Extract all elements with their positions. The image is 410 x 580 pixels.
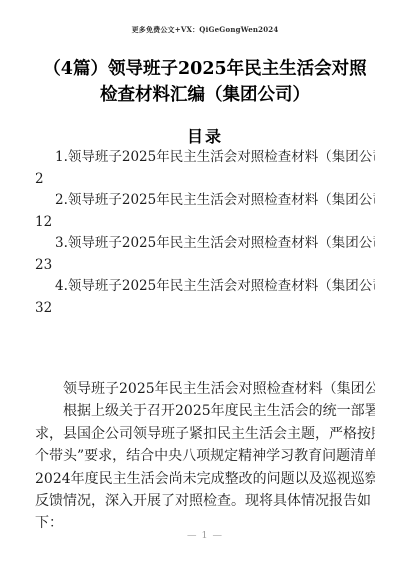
toc-item-page-number: 32 <box>35 298 375 320</box>
toc-heading: 目录 <box>0 124 410 147</box>
body-content: 领导班子2025年民主生活会对照检查材料（集团公司） 根据上级关于召开2025年… <box>35 378 375 535</box>
toc-item-label[interactable]: 4.领导班子2025年民主生活会对照检查材料（集团公司） <box>35 276 375 298</box>
toc-item-label[interactable]: 3.领导班子2025年民主生活会对照检查材料（集团公司） <box>35 233 375 255</box>
body-paragraph-line: 根据上级关于召开2025年度民主生活会的统一部署和要 <box>35 400 375 422</box>
toc-list: 1.领导班子2025年民主生活会对照检查材料（集团公司） 2 2.领导班子202… <box>35 147 375 319</box>
document-title-line1: （4篇）领导班子2025年民主生活会对照 <box>25 56 385 82</box>
body-paragraph-line: 反馈情况，深入开展了对照检查。现将具体情况报告如下： <box>35 490 375 535</box>
toc-item-label[interactable]: 2.领导班子2025年民主生活会对照检查材料（集团公司） <box>35 190 375 212</box>
toc-item: 1.领导班子2025年民主生活会对照检查材料（集团公司） 2 <box>35 147 375 190</box>
toc-item-page-number: 23 <box>35 255 375 277</box>
document-page: 更多免费公文+VX：QiGeGongWen2024 （4篇）领导班子2025年民… <box>0 0 410 580</box>
body-paragraph-line: 求，县国企公司领导班子紧扣民主生活会主题，严格按照“五 <box>35 423 375 445</box>
toc-item-page-number: 2 <box>35 169 375 191</box>
header-promo-text: 更多免费公文+VX：QiGeGongWen2024 <box>0 25 410 35</box>
toc-item: 2.领导班子2025年民主生活会对照检查材料（集团公司） 12 <box>35 190 375 233</box>
toc-item-page-number: 12 <box>35 212 375 234</box>
body-paragraph-line: 个带头”要求，结合中央八项规定精神学习教育问题清单 <box>35 445 375 467</box>
footer-page-number: — 1 — <box>0 530 410 541</box>
toc-item: 4.领导班子2025年民主生活会对照检查材料（集团公司） 32 <box>35 276 375 319</box>
toc-item: 3.领导班子2025年民主生活会对照检查材料（集团公司） 23 <box>35 233 375 276</box>
toc-item-label[interactable]: 1.领导班子2025年民主生活会对照检查材料（集团公司） <box>35 147 375 169</box>
body-paragraph-line: 2024年度民主生活会尚未完成整改的问题以及巡视巡察、审计 <box>35 468 375 490</box>
document-title: （4篇）领导班子2025年民主生活会对照 检查材料汇编（集团公司） <box>25 56 385 108</box>
body-subtitle: 领导班子2025年民主生活会对照检查材料（集团公司） <box>35 378 375 400</box>
document-title-line2: 检查材料汇编（集团公司） <box>25 82 385 108</box>
